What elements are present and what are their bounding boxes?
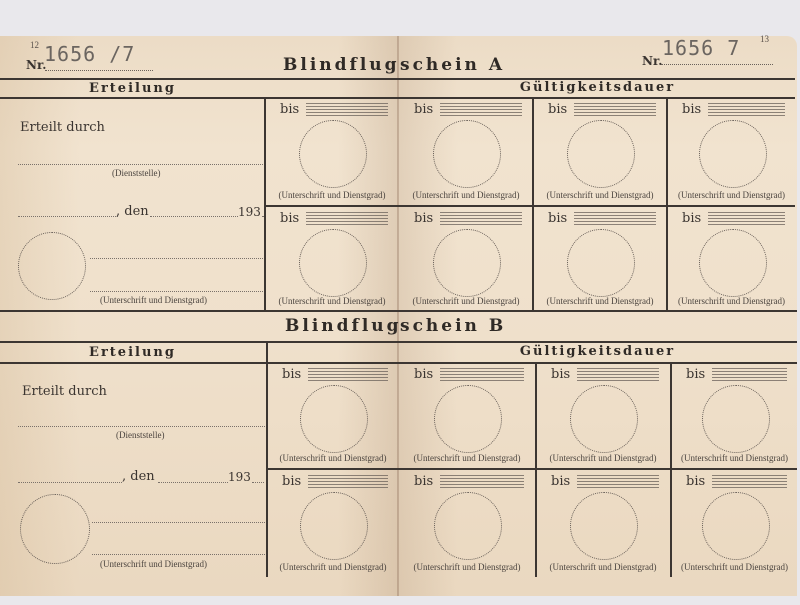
bis-label: bis (414, 474, 433, 489)
bis-label: bis (551, 474, 570, 489)
section-a-signature-caption: (Unterschrift und Dienstgrad) (100, 295, 207, 305)
section-b-year-field[interactable] (252, 482, 264, 483)
section-b-title-right: schein B (400, 316, 506, 336)
date-entry-lines[interactable] (440, 212, 522, 226)
section-b-date-field[interactable] (158, 482, 228, 483)
section-a-validity-cell[interactable]: bis (Unterschrift und Dienstgrad) (266, 207, 398, 310)
seal-circle (434, 385, 502, 453)
section-a-date-field[interactable] (150, 216, 238, 217)
section-b-issued-by-label: Erteilt durch (22, 384, 107, 399)
section-b-issue-seal-circle (20, 494, 90, 564)
page-number-left: 12 (30, 40, 39, 50)
section-b-validity-cell[interactable]: bis (Unterschrift und Dienstgrad) (672, 363, 797, 467)
signature-caption: (Unterschrift und Dienstgrad) (268, 453, 398, 463)
seal-circle (300, 492, 368, 560)
section-a-validity-cell[interactable]: bis (Unterschrift und Dienstgrad) (668, 98, 795, 204)
date-entry-lines[interactable] (440, 368, 524, 382)
section-b-place-field[interactable] (18, 482, 122, 483)
seal-circle (433, 120, 501, 188)
date-entry-lines[interactable] (712, 475, 787, 489)
date-entry-lines[interactable] (577, 368, 659, 382)
section-b-validity-cell[interactable]: bis (Unterschrift und Dienstgrad) (400, 470, 534, 576)
section-a-issued-by-label: Erteilt durch (20, 120, 105, 135)
section-a-validity-cell[interactable]: bis (Unterschrift und Dienstgrad) (534, 98, 666, 204)
date-entry-lines[interactable] (712, 368, 787, 382)
date-entry-lines[interactable] (440, 475, 524, 489)
section-a-office-caption: (Dienststelle) (112, 168, 161, 178)
nr-label-right: Nr. (642, 54, 662, 68)
section-a-validity-cell[interactable]: bis (Unterschrift und Dienstgrad) (400, 207, 532, 310)
section-b-validity-cell[interactable]: bis (Unterschrift und Dienstgrad) (400, 363, 534, 467)
signature-caption: (Unterschrift und Dienstgrad) (668, 190, 795, 200)
bis-label: bis (280, 211, 299, 226)
bis-label: bis (280, 102, 299, 117)
section-b-validity-cell[interactable]: bis (Unterschrift und Dienstgrad) (537, 363, 669, 467)
bis-label: bis (414, 367, 433, 382)
signature-caption: (Unterschrift und Dienstgrad) (400, 296, 532, 306)
date-entry-lines[interactable] (574, 103, 656, 117)
date-entry-lines[interactable] (574, 212, 656, 226)
section-b-validity-cell[interactable]: bis (Unterschrift und Dienstgrad) (672, 470, 797, 576)
date-entry-lines[interactable] (308, 368, 388, 382)
signature-caption: (Unterschrift und Dienstgrad) (400, 190, 532, 200)
bis-label: bis (282, 474, 301, 489)
signature-caption: (Unterschrift und Dienstgrad) (534, 296, 666, 306)
section-a-date-label: , den (116, 204, 149, 219)
section-b-validity-cell[interactable]: bis (Unterschrift und Dienstgrad) (268, 470, 398, 576)
section-a-bottom-rule (0, 310, 797, 312)
section-b-validity-cell[interactable]: bis (Unterschrift und Dienstgrad) (268, 363, 398, 467)
bis-label: bis (682, 102, 701, 117)
section-b-office-field[interactable] (18, 426, 265, 427)
bis-label: bis (686, 474, 705, 489)
signature-caption: (Unterschrift und Dienstgrad) (400, 562, 534, 572)
date-entry-lines[interactable] (708, 212, 785, 226)
seal-circle (570, 492, 638, 560)
section-a-validity-header: Gültigkeitsdauer (400, 80, 795, 95)
bis-label: bis (548, 211, 567, 226)
seal-circle (699, 229, 767, 297)
section-b-signature-caption: (Unterschrift und Dienstgrad) (100, 559, 207, 569)
date-entry-lines[interactable] (306, 103, 388, 117)
section-b-signature-line-1[interactable] (92, 522, 265, 523)
signature-caption: (Unterschrift und Dienstgrad) (672, 453, 797, 463)
section-b-validity-header: Gültigkeitsdauer (400, 344, 795, 359)
section-b-issue-header: Erteilung (0, 345, 265, 360)
date-entry-lines[interactable] (577, 475, 659, 489)
date-entry-lines[interactable] (308, 475, 388, 489)
section-a-validity-cell[interactable]: bis (Unterschrift und Dienstgrad) (400, 98, 532, 204)
section-a-issue-seal-circle (18, 232, 86, 300)
seal-circle (300, 385, 368, 453)
seal-circle (433, 229, 501, 297)
bis-label: bis (414, 211, 433, 226)
section-a-signature-line-2[interactable] (90, 291, 265, 292)
date-entry-lines[interactable] (440, 103, 522, 117)
nr-value-left: 1656 /7 (44, 42, 135, 66)
section-a-year-prefix: 193 (238, 205, 261, 219)
bis-label: bis (282, 367, 301, 382)
section-a-validity-cell[interactable]: bis (Unterschrift und Dienstgrad) (668, 207, 795, 310)
seal-circle (567, 229, 635, 297)
section-b-date-label: , den (122, 469, 155, 484)
bis-label: bis (548, 102, 567, 117)
section-a-office-field[interactable] (18, 164, 263, 165)
signature-caption: (Unterschrift und Dienstgrad) (266, 190, 398, 200)
signature-caption: (Unterschrift und Dienstgrad) (537, 562, 669, 572)
seal-circle (702, 492, 770, 560)
section-b-year-prefix: 193 (228, 470, 251, 484)
signature-caption: (Unterschrift und Dienstgrad) (672, 562, 797, 572)
signature-caption: (Unterschrift und Dienstgrad) (668, 296, 795, 306)
signature-caption: (Unterschrift und Dienstgrad) (266, 296, 398, 306)
section-a-issue-header: Erteilung (0, 81, 265, 96)
seal-circle (299, 120, 367, 188)
section-b-office-caption: (Dienststelle) (116, 430, 165, 440)
seal-circle (434, 492, 502, 560)
section-b-title-left: Blindflug (285, 316, 402, 336)
bis-label: bis (686, 367, 705, 382)
signature-caption: (Unterschrift und Dienstgrad) (537, 453, 669, 463)
date-entry-lines[interactable] (306, 212, 388, 226)
nr-value-right: 1656 7 (662, 36, 740, 60)
section-a-validity-cell[interactable]: bis (Unterschrift und Dienstgrad) (266, 98, 398, 204)
signature-caption: (Unterschrift und Dienstgrad) (534, 190, 666, 200)
section-a-validity-cell[interactable]: bis (Unterschrift und Dienstgrad) (534, 207, 666, 310)
signature-caption: (Unterschrift und Dienstgrad) (400, 453, 534, 463)
section-a-signature-line-1[interactable] (90, 258, 265, 259)
bis-label: bis (551, 367, 570, 382)
seal-circle (699, 120, 767, 188)
section-b-validity-cell[interactable]: bis (Unterschrift und Dienstgrad) (537, 470, 669, 576)
section-a-title-right: schein A (400, 55, 505, 75)
date-entry-lines[interactable] (708, 103, 785, 117)
seal-circle (702, 385, 770, 453)
seal-circle (299, 229, 367, 297)
bis-label: bis (682, 211, 701, 226)
seal-circle (570, 385, 638, 453)
section-a-place-field[interactable] (18, 216, 118, 217)
bis-label: bis (414, 102, 433, 117)
seal-circle (567, 120, 635, 188)
section-b-top-rule (0, 341, 797, 343)
signature-caption: (Unterschrift und Dienstgrad) (268, 562, 398, 572)
page-number-right: 13 (760, 34, 769, 44)
section-b-signature-line-2[interactable] (92, 554, 265, 555)
section-a-title-left: Blindflug (283, 55, 400, 75)
